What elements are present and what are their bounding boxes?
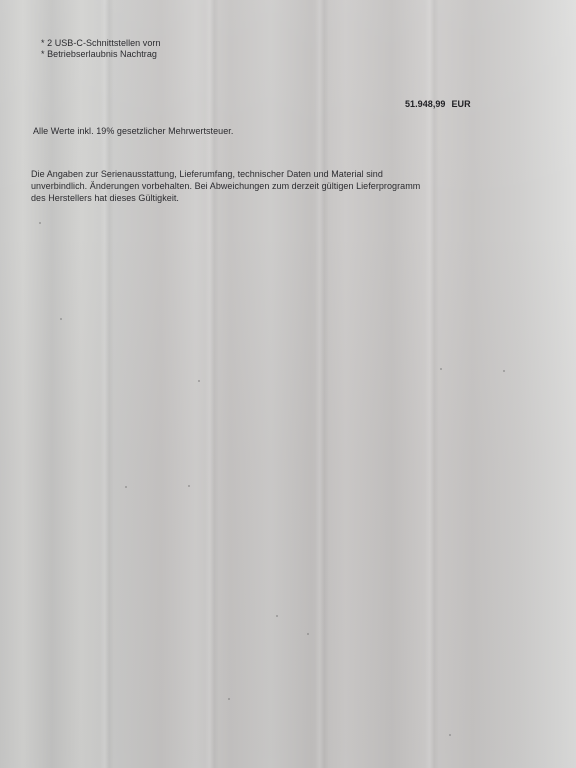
disclaimer-line: unverbindlich. Änderungen vorbehalten. B…: [31, 180, 420, 192]
disclaimer-paragraph: Die Angaben zur Serienausstattung, Liefe…: [31, 168, 420, 204]
paper-speck: [503, 370, 505, 372]
paper-speck: [440, 368, 442, 370]
paper-speck: [188, 485, 190, 487]
paper-fold-line: [315, 0, 329, 768]
paper-speck: [60, 318, 62, 320]
paper-speck: [228, 698, 230, 700]
disclaimer-line: des Herstellers hat dieses Gültigkeit.: [31, 192, 420, 204]
total-amount: 51.948,99: [405, 99, 446, 109]
paper-speck: [198, 380, 200, 382]
paper-fold-line: [100, 0, 114, 768]
paper-shading: [0, 0, 576, 768]
vat-note: Alle Werte inkl. 19% gesetzlicher Mehrwe…: [33, 126, 233, 137]
paper-speck: [125, 486, 127, 488]
paper-speck: [449, 734, 451, 736]
disclaimer-line: Die Angaben zur Serienausstattung, Liefe…: [31, 168, 420, 180]
total-currency: EUR: [452, 99, 471, 109]
paper-speck: [39, 222, 41, 224]
paper-speck: [276, 615, 278, 617]
feature-item: * Betriebserlaubnis Nachtrag: [41, 49, 161, 60]
paper-fold-line: [425, 0, 439, 768]
paper-speck: [307, 633, 309, 635]
feature-list: * 2 USB-C-Schnittstellen vorn * Betriebs…: [41, 38, 161, 60]
total-price: 51.948,99EUR: [405, 99, 471, 110]
paper-fold-line: [205, 0, 219, 768]
feature-item: * 2 USB-C-Schnittstellen vorn: [41, 38, 161, 49]
